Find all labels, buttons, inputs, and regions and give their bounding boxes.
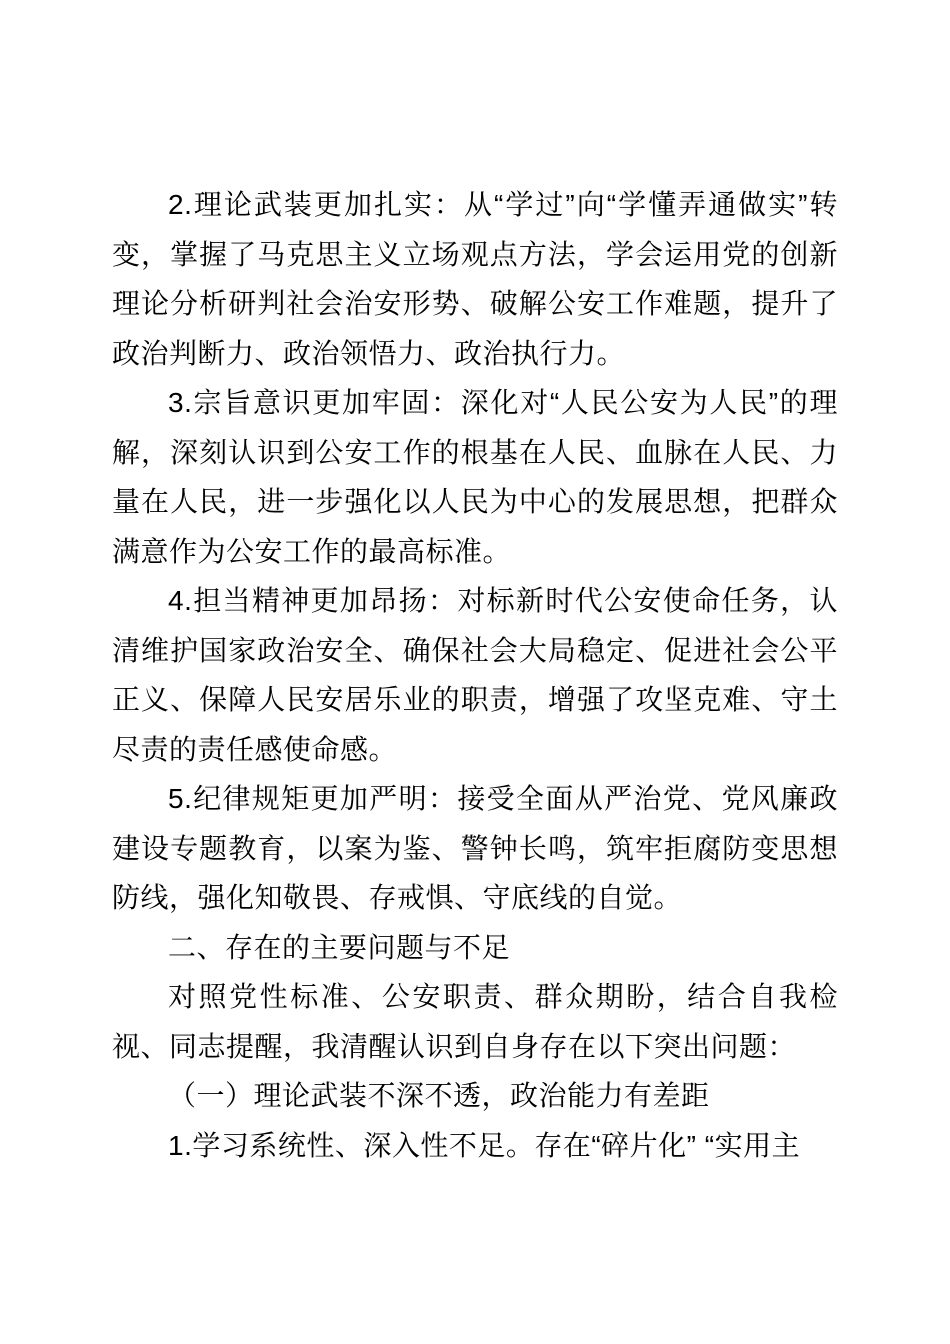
paragraph-study-deficiency: 1.学习系统性、深入性不足。存在“碎片化” “实用主: [112, 1121, 838, 1171]
document-body: 2.理论武装更加扎实：从“学过”向“学懂弄通做实”转变，掌握了马克思主义立场观点…: [0, 0, 950, 1170]
paragraph-duty-spirit: 4.担当精神更加昂扬：对标新时代公安使命任务，认清维护国家政治安全、确保社会大局…: [112, 576, 838, 774]
document-page: 2.理论武装更加扎实：从“学过”向“学懂弄通做实”转变，掌握了马克思主义立场观点…: [0, 0, 950, 1344]
paragraph-purpose-awareness: 3.宗旨意识更加牢固：深化对“人民公安为人民”的理解，深刻认识到公安工作的根基在…: [112, 378, 838, 576]
section-heading-problems: 二、存在的主要问题与不足: [112, 923, 838, 973]
paragraph-theory-armed: 2.理论武装更加扎实：从“学过”向“学懂弄通做实”转变，掌握了马克思主义立场观点…: [112, 180, 838, 378]
document-viewport: { "page": { "width_px": 950, "height_px"…: [0, 0, 950, 1344]
paragraph-discipline-rules: 5.纪律规矩更加严明：接受全面从严治党、党风廉政建设专题教育，以案为鉴、警钟长鸣…: [112, 774, 838, 923]
subsection-heading-theory-gap: （一）理论武装不深不透，政治能力有差距: [112, 1071, 838, 1121]
paragraph-problems-intro: 对照党性标准、公安职责、群众期盼，结合自我检视、同志提醒，我清醒认识到自身存在以…: [112, 972, 838, 1071]
